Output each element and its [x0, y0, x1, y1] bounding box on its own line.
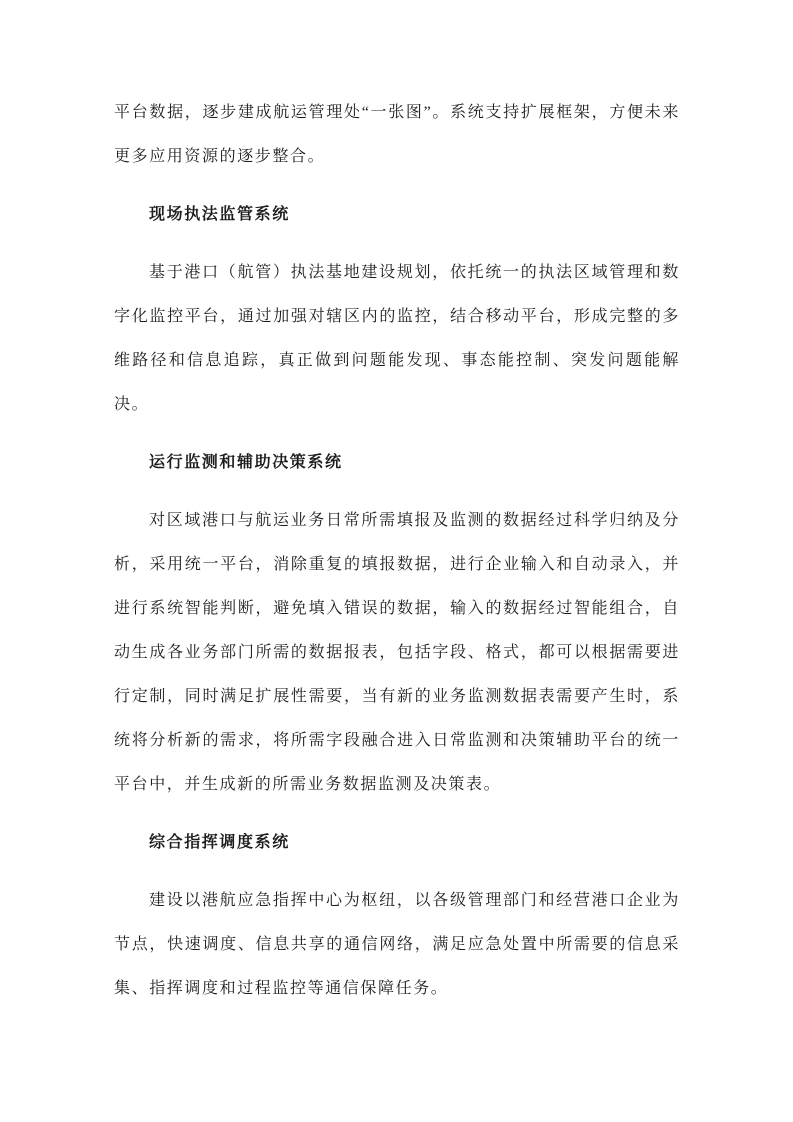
document-paragraph: 对区域港口与航运业务日常所需填报及监测的数据经过科学归纳及分析，采用统一平台，消…: [114, 499, 680, 807]
document-paragraph: 基于港口（航管）执法基地建设规划，依托统一的执法区域管理和数字化监控平台，通过加…: [114, 251, 680, 427]
section-heading: 运行监测和辅助决策系统: [114, 441, 680, 485]
section-heading: 综合指挥调度系统: [114, 821, 680, 865]
section-heading: 现场执法监管系统: [114, 193, 680, 237]
document-page: 平台数据，逐步建成航运管理处“一张图”。系统支持扩展框架，方便未来更多应用资源的…: [0, 0, 793, 1122]
document-body: 平台数据，逐步建成航运管理处“一张图”。系统支持扩展框架，方便未来更多应用资源的…: [114, 91, 680, 1011]
document-paragraph: 平台数据，逐步建成航运管理处“一张图”。系统支持扩展框架，方便未来更多应用资源的…: [114, 91, 680, 179]
document-paragraph: 建设以港航应急指挥中心为枢纽，以各级管理部门和经营港口企业为节点，快速调度、信息…: [114, 879, 680, 1011]
